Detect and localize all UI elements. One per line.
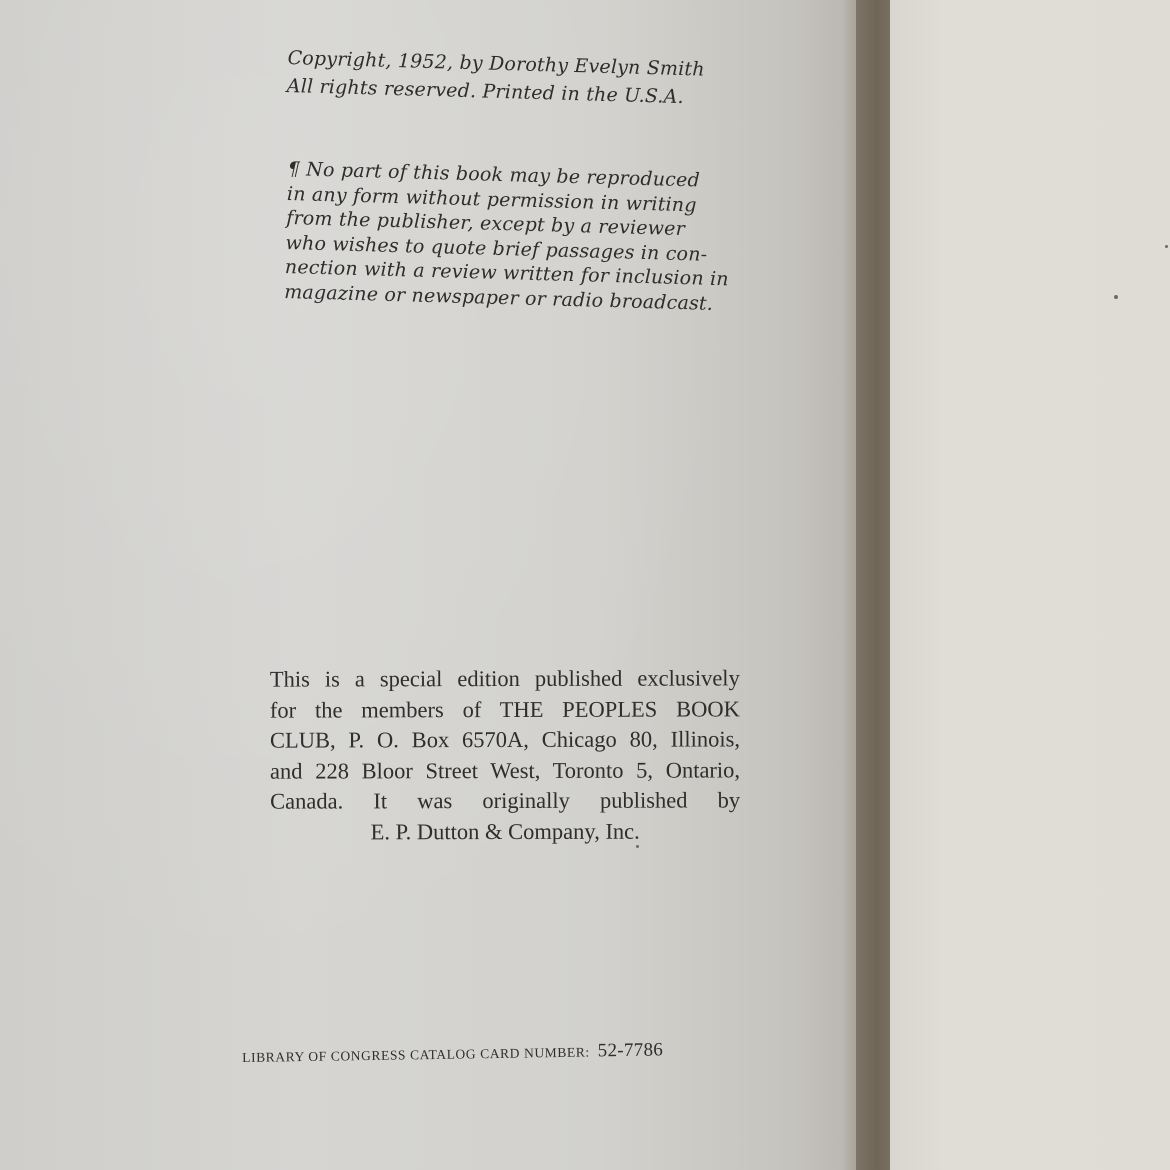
paper-speck: [636, 845, 639, 848]
left-page: Copyright, 1952, by Dorothy Evelyn Smith…: [0, 0, 856, 1170]
book-photo: Copyright, 1952, by Dorothy Evelyn Smith…: [0, 0, 1170, 1170]
edition-line: CLUB, P. O. Box 6570A, Chicago 80, Illin…: [270, 724, 740, 756]
rights-notice: ¶ No part of this book may be reproduced…: [284, 157, 728, 316]
catalog-number: 52-7786: [598, 1039, 664, 1061]
edition-line: This is a special edition published excl…: [270, 663, 740, 695]
spine-strip: [856, 0, 890, 1170]
right-page: [890, 0, 1170, 1170]
edition-line: E. P. Dutton & Company, Inc.: [270, 816, 740, 848]
paper-speck: [1114, 295, 1118, 299]
catalog-label: LIBRARY OF CONGRESS CATALOG CARD NUMBER:: [242, 1045, 590, 1065]
edition-line: and 228 Bloor Street West, Toronto 5, On…: [270, 755, 740, 787]
edition-line: for the members of THE PEOPLES BOOK: [270, 694, 740, 726]
special-edition-note: This is a special edition published excl…: [270, 663, 740, 847]
edition-line: Canada. It was originally published by: [270, 785, 740, 817]
copyright-notice: Copyright, 1952, by Dorothy Evelyn Smith…: [286, 44, 727, 112]
catalog-card-number: LIBRARY OF CONGRESS CATALOG CARD NUMBER:…: [242, 1039, 663, 1068]
paper-speck: [1165, 245, 1168, 248]
